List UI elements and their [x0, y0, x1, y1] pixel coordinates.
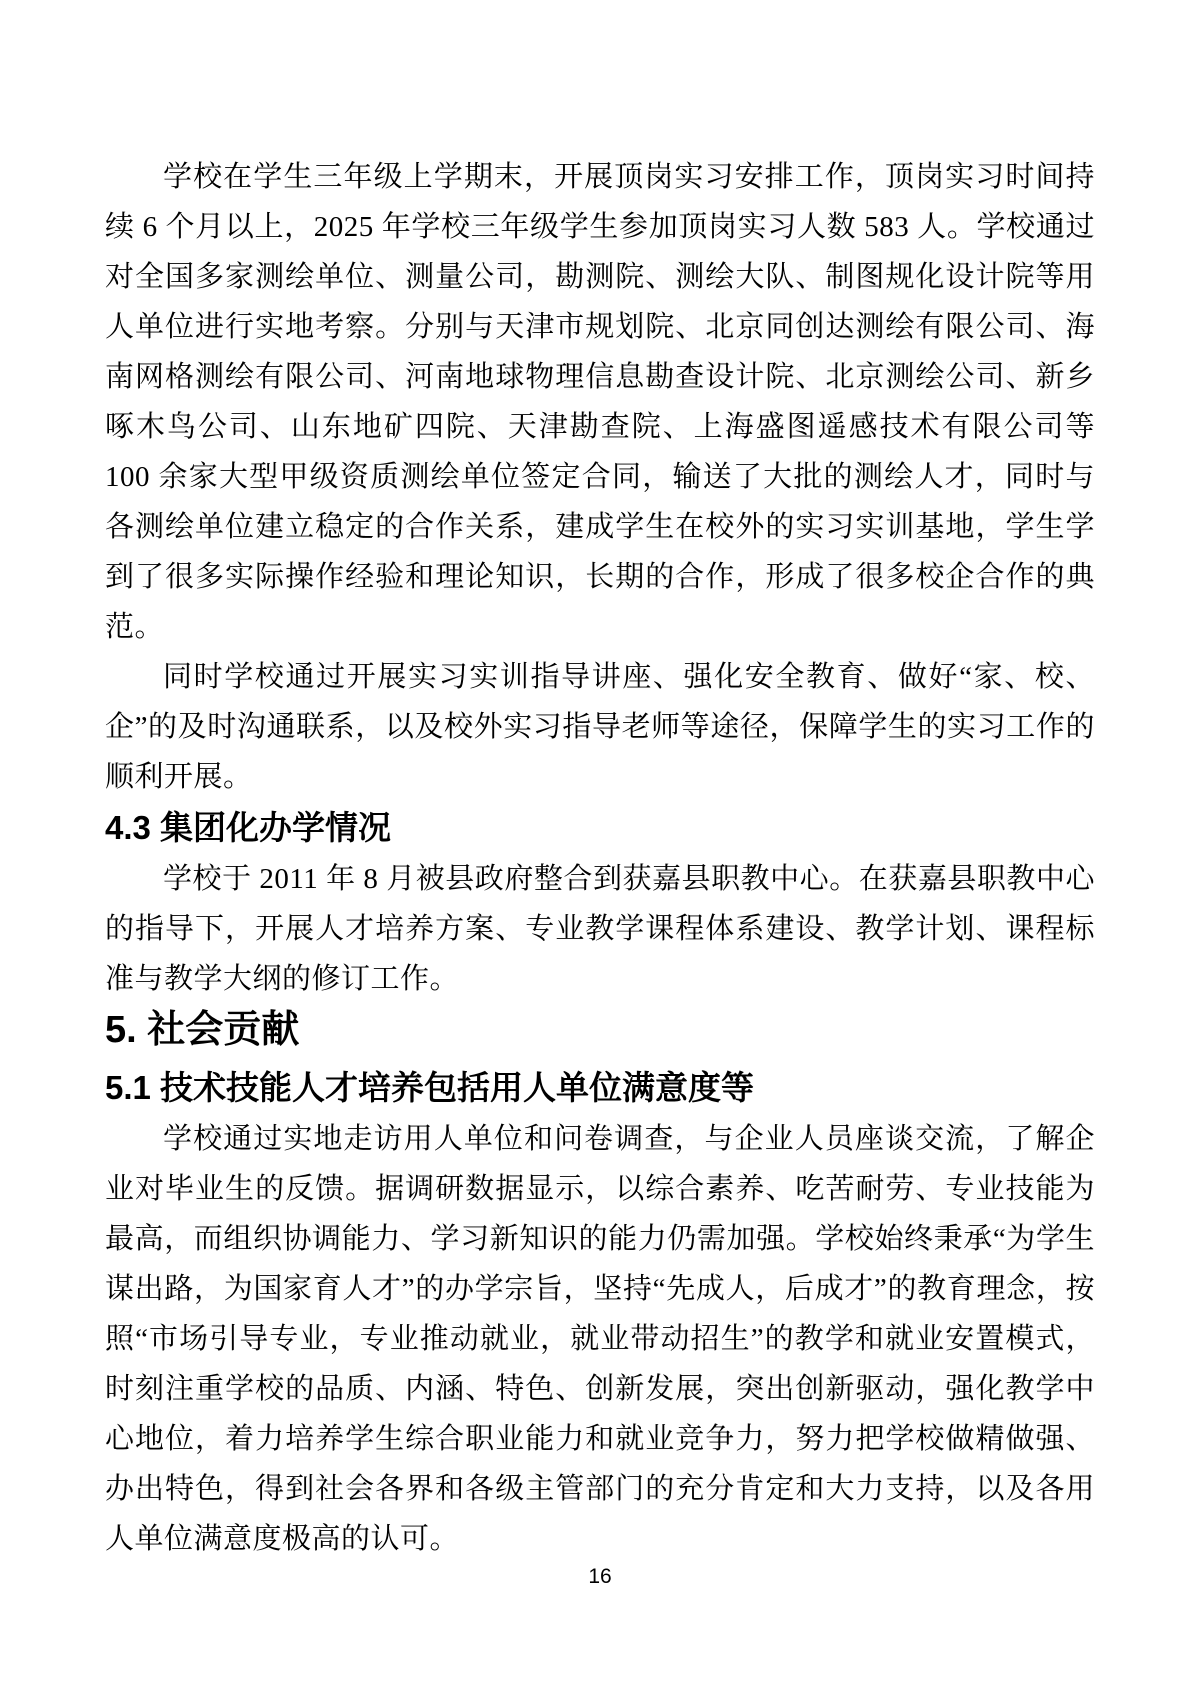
heading-5-social-contribution: 5. 社会贡献 — [105, 1004, 1095, 1056]
heading-4-3-group-schooling: 4.3 集团化办学情况 — [105, 802, 1095, 854]
paragraph-internship-guidance: 同时学校通过开展实习实训指导讲座、强化安全教育、做好“家、校、企”的及时沟通联系… — [105, 652, 1095, 802]
page-number: 16 — [0, 1562, 1200, 1592]
heading-5-1-talent-cultivation-satisfaction: 5.1 技术技能人才培养包括用人单位满意度等 — [105, 1062, 1095, 1114]
document-content: 学校在学生三年级上学期末，开展顶岗实习安排工作，顶岗实习时间持续 6 个月以上，… — [105, 152, 1095, 1564]
document-page: 学校在学生三年级上学期末，开展顶岗实习安排工作，顶岗实习时间持续 6 个月以上，… — [0, 0, 1200, 1696]
paragraph-internship-arrangement: 学校在学生三年级上学期末，开展顶岗实习安排工作，顶岗实习时间持续 6 个月以上，… — [105, 152, 1095, 652]
paragraph-group-schooling: 学校于 2011 年 8 月被县政府整合到获嘉县职教中心。在获嘉县职教中心的指导… — [105, 854, 1095, 1004]
paragraph-social-contribution: 学校通过实地走访用人单位和问卷调查，与企业人员座谈交流，了解企业对毕业生的反馈。… — [105, 1114, 1095, 1564]
